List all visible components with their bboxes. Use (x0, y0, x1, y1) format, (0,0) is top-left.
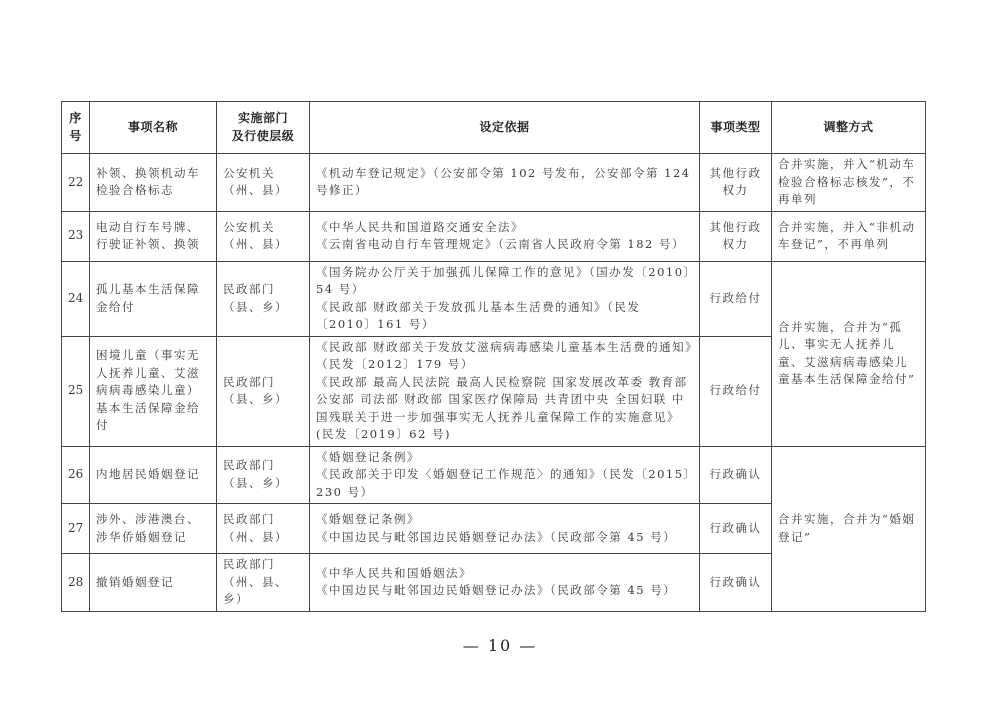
row-index: 22 (62, 154, 90, 212)
header-basis: 设定依据 (310, 102, 700, 154)
row-adjust-merged: 合并实施，合并为“婚姻登记” (772, 446, 926, 611)
table-row: 23 电动自行车号牌、行驶证补领、换领 公安机关（州、县） 《中华人民共和国道路… (62, 211, 926, 261)
table-row: 22 补领、换领机动车检验合格标志 公安机关（州、县） 《机动车登记规定》（公安… (62, 154, 926, 212)
row-adjust: 合并实施，并入“机动车检验合格标志核发”，不再单列 (772, 154, 926, 212)
row-name: 补领、换领机动车检验合格标志 (90, 154, 217, 212)
row-name: 困境儿童（事实无人抚养儿童、艾滋病病毒感染儿童）基本生活保障金给付 (90, 336, 217, 446)
row-basis: 《机动车登记规定》（公安部令第 102 号发布，公安部令第 124 号修正） (310, 154, 700, 212)
row-type: 行政确认 (700, 446, 772, 504)
row-adjust: 合并实施，并入“非机动车登记”，不再单列 (772, 211, 926, 261)
page-number: — 10 — (0, 636, 1000, 655)
header-name: 事项名称 (90, 102, 217, 154)
row-name: 内地居民婚姻登记 (90, 446, 217, 504)
row-basis: 《婚姻登记条例》 《中国边民与毗邻国边民婚姻登记办法》（民政部令第 45 号） (310, 504, 700, 554)
row-name: 涉外、涉港澳台、涉华侨婚姻登记 (90, 504, 217, 554)
row-index: 24 (62, 261, 90, 336)
row-name: 孤儿基本生活保障金给付 (90, 261, 217, 336)
row-index: 26 (62, 446, 90, 504)
row-basis: 《民政部 财政部关于发放艾滋病病毒感染儿童基本生活费的通知》（民发〔2012〕1… (310, 336, 700, 446)
row-basis: 《中华人民共和国婚姻法》 《中国边民与毗邻国边民婚姻登记办法》（民政部令第 45… (310, 554, 700, 612)
row-type: 其他行政权力 (700, 154, 772, 212)
row-index: 25 (62, 336, 90, 446)
row-type: 行政给付 (700, 261, 772, 336)
row-type: 其他行政权力 (700, 211, 772, 261)
row-index: 27 (62, 504, 90, 554)
header-adjust: 调整方式 (772, 102, 926, 154)
table-row: 24 孤儿基本生活保障金给付 民政部门（县、乡） 《国务院办公厅关于加强孤儿保障… (62, 261, 926, 336)
row-dept: 公安机关（州、县） (217, 211, 310, 261)
row-dept: 民政部门（州、县） (217, 504, 310, 554)
row-dept: 民政部门（县、乡） (217, 336, 310, 446)
row-type: 行政确认 (700, 554, 772, 612)
table-header-row: 序 号 事项名称 实施部门 及行使层级 设定依据 事项类型 调整方式 (62, 102, 926, 154)
row-name: 撤销婚姻登记 (90, 554, 217, 612)
row-dept: 公安机关（州、县） (217, 154, 310, 212)
row-basis: 《中华人民共和国道路交通安全法》 《云南省电动自行车管理规定》（云南省人民政府令… (310, 211, 700, 261)
row-dept: 民政部门（州、县、乡） (217, 554, 310, 612)
row-adjust-merged: 合并实施，合并为“孤儿、事实无人抚养儿童、艾滋病病毒感染儿童基本生活保障金给付” (772, 261, 926, 446)
row-basis: 《婚姻登记条例》 《民政部关于印发〈婚姻登记工作规范〉的通知》（民发〔2015〕… (310, 446, 700, 504)
table-row: 26 内地居民婚姻登记 民政部门（县、乡） 《婚姻登记条例》 《民政部关于印发〈… (62, 446, 926, 504)
row-basis: 《国务院办公厅关于加强孤儿保障工作的意见》（国办发〔2010〕54 号） 《民政… (310, 261, 700, 336)
header-index: 序 号 (62, 102, 90, 154)
row-index: 28 (62, 554, 90, 612)
items-table: 序 号 事项名称 实施部门 及行使层级 设定依据 事项类型 调整方式 22 补领… (61, 101, 926, 612)
row-type: 行政确认 (700, 504, 772, 554)
row-dept: 民政部门（县、乡） (217, 446, 310, 504)
row-index: 23 (62, 211, 90, 261)
header-dept: 实施部门 及行使层级 (217, 102, 310, 154)
row-type: 行政给付 (700, 336, 772, 446)
header-type: 事项类型 (700, 102, 772, 154)
row-name: 电动自行车号牌、行驶证补领、换领 (90, 211, 217, 261)
row-dept: 民政部门（县、乡） (217, 261, 310, 336)
